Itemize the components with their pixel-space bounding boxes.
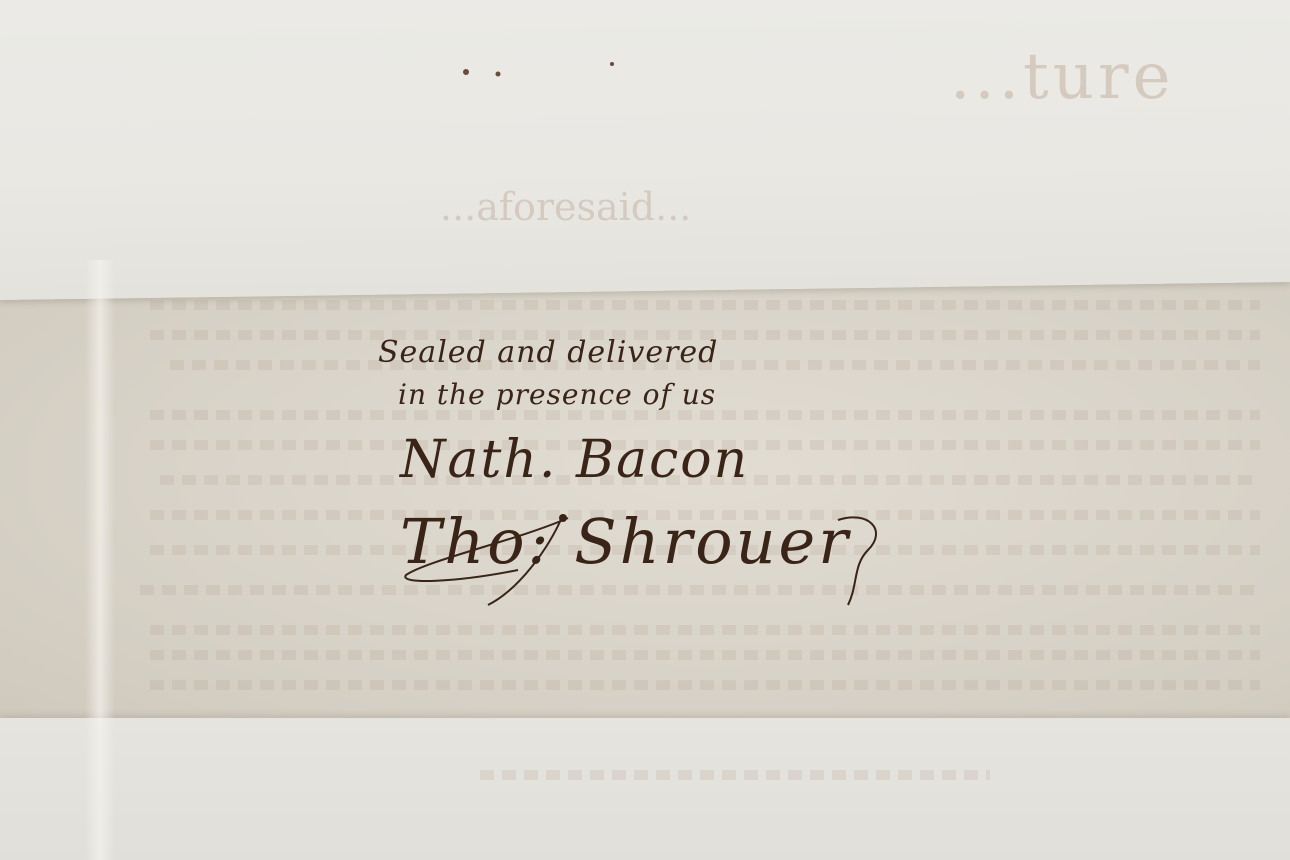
faded-heading-text: ...ture [950, 40, 1174, 114]
faded-subline-text: ...aforesaid... [440, 185, 691, 229]
faded-text-line [150, 300, 1260, 310]
attestation-line-1: Sealed and delivered [378, 335, 718, 370]
lower-folded-panel [0, 718, 1290, 860]
faded-text-line [150, 680, 1260, 690]
ink-specks [462, 62, 622, 82]
vertical-fold-crease [85, 260, 115, 860]
faded-text-line [480, 770, 990, 780]
signature-flourish [398, 510, 908, 620]
witness-signature-1: Nath. Bacon [400, 430, 749, 490]
faded-text-line [150, 410, 1260, 420]
attestation-line-2: in the presence of us [398, 378, 716, 411]
faded-text-line [150, 650, 1260, 660]
faded-text-line [150, 625, 1260, 635]
